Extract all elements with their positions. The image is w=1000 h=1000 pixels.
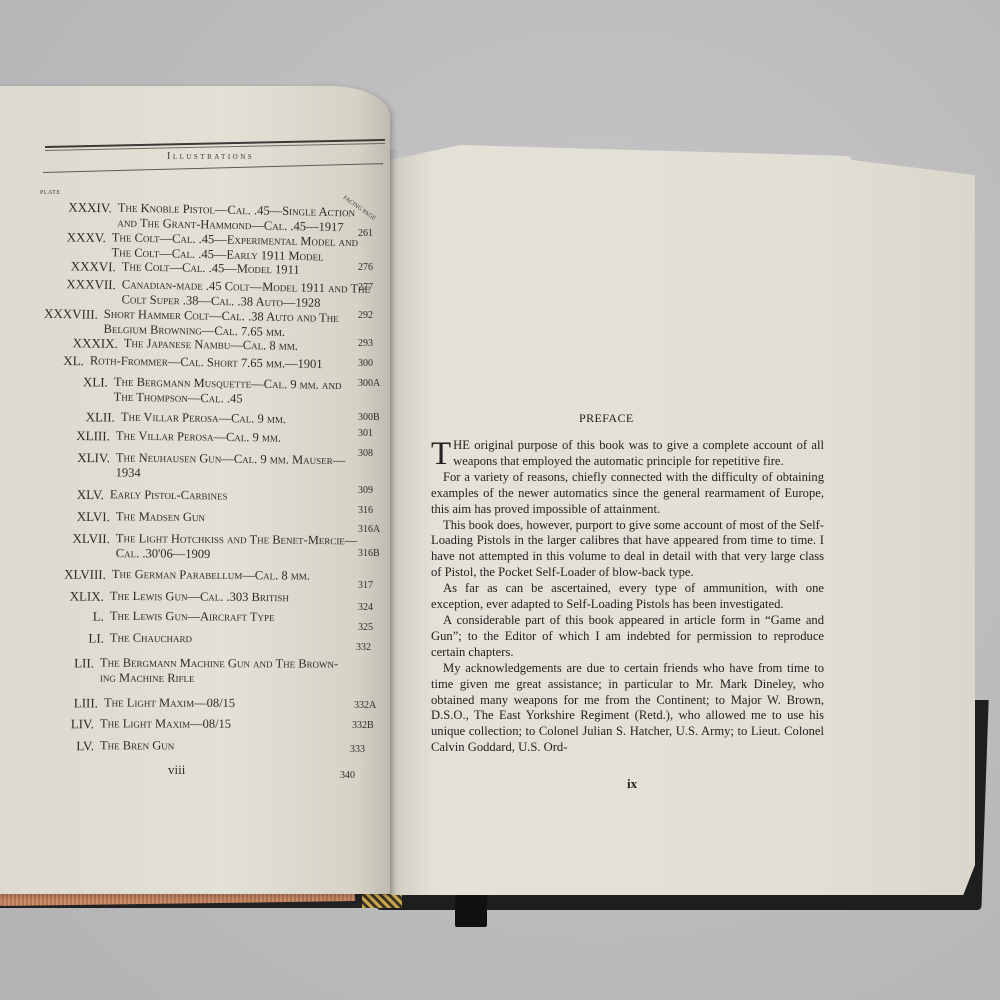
facing-page-number: 292 bbox=[358, 310, 373, 321]
facing-page-number: 324 bbox=[358, 602, 373, 613]
facing-page-number: 316 bbox=[358, 505, 373, 516]
illustration-entry: XLIX.The Lewis Gun—Cal. .303 British bbox=[0, 588, 380, 591]
preface-paragraph: As far as can be ascertained, every type… bbox=[431, 581, 824, 613]
facing-page-number: 308 bbox=[358, 448, 373, 459]
plate-title: The Villar Perosa—Cal. 9 mm. bbox=[121, 410, 286, 427]
facing-page-number: 317 bbox=[358, 580, 373, 591]
plate-title: Canadian-made .45 Colt—Model 1911 and Th… bbox=[121, 277, 370, 312]
plate-title: The Lewis Gun—Cal. .303 British bbox=[110, 589, 289, 605]
plate-title: The Bergmann Musquette—Cal. 9 mm. andThe… bbox=[114, 375, 342, 408]
facing-page-number: 261 bbox=[358, 228, 373, 239]
facing-page-number: 325 bbox=[358, 622, 373, 633]
illustration-entry: LIV.The Light Maxim—08/15 bbox=[0, 716, 380, 717]
plate-title: The Neuhausen Gun—Cal. 9 mm. Mauser—1934 bbox=[116, 450, 346, 483]
page-number-right: ix bbox=[627, 776, 637, 792]
illustration-entry: XLVIII.The German Parabellum—Cal. 8 mm. bbox=[0, 566, 380, 569]
page-number-left: viii bbox=[168, 762, 185, 778]
illustration-entry: LII.The Bergmann Machine Gun and The Bro… bbox=[0, 655, 380, 657]
bookmark-ribbon bbox=[455, 895, 487, 927]
plate-title: Early Pistol-Carbines bbox=[110, 487, 228, 503]
facing-page-number: 340 bbox=[340, 770, 355, 781]
facing-page-number: 316B bbox=[358, 548, 380, 559]
facing-page-number: 300A bbox=[358, 378, 380, 389]
facing-page-number: 277 bbox=[358, 282, 373, 293]
illustration-entry: XL.Roth-Frommer—Cal. Short 7.65 mm.—1901 bbox=[0, 352, 380, 358]
preface-paragraph: My acknowledgements are due to certain f… bbox=[431, 661, 824, 756]
facing-page-number: 300B bbox=[358, 412, 380, 423]
plate-title: The Chauchard bbox=[110, 631, 192, 647]
plate-title: The Villar Perosa—Cal. 9 mm. bbox=[116, 429, 281, 446]
plate-title: The Lewis Gun—Aircraft Type bbox=[110, 609, 275, 625]
preface-body: THE original purpose of this book was to… bbox=[431, 438, 824, 756]
illustration-entry: XLVI.The Madsen Gun bbox=[0, 508, 380, 512]
preface-paragraph: A considerable part of this book appeare… bbox=[431, 613, 824, 661]
illustration-entry: L.The Lewis Gun—Aircraft Type bbox=[0, 608, 380, 611]
illustration-entry: LIII.The Light Maxim—08/15 bbox=[0, 695, 380, 697]
illustration-entry: LV.The Bren Gun bbox=[0, 738, 380, 739]
preface-title: PREFACE bbox=[579, 411, 634, 426]
plate-title: The Light Maxim—08/15 bbox=[100, 716, 231, 731]
plate-title: The Light Hotchkiss and The Benet-Mercie… bbox=[116, 531, 358, 563]
illustration-entry: XXXIV.The Knoble Pistol—Cal. .45—Single … bbox=[0, 198, 380, 206]
preface-paragraph: THE original purpose of this book was to… bbox=[431, 438, 824, 470]
facing-page-number: 301 bbox=[358, 428, 373, 439]
illustration-entry: XLII.The Villar Perosa—Cal. 9 mm. bbox=[0, 408, 380, 413]
plate-title: The Bren Gun bbox=[100, 738, 174, 753]
plate-title: The Light Maxim—08/15 bbox=[104, 695, 235, 711]
facing-page-number: 332A bbox=[354, 700, 376, 711]
facing-page-number: 300 bbox=[358, 358, 373, 369]
preface-paragraph: For a variety of reasons, chiefly connec… bbox=[431, 470, 824, 518]
illustration-entry: XLV.Early Pistol-Carbines bbox=[0, 486, 380, 490]
illustration-entry: XLIV.The Neuhausen Gun—Cal. 9 mm. Mauser… bbox=[0, 449, 380, 454]
illustration-entry: XLVII.The Light Hotchkiss and The Benet-… bbox=[0, 530, 380, 534]
facing-page-number: 309 bbox=[358, 485, 373, 496]
facing-page-number: 332B bbox=[352, 720, 374, 731]
facing-page-number: 332 bbox=[356, 642, 371, 653]
illustrations-list: XXXIV.The Knoble Pistol—Cal. .45—Single … bbox=[0, 0, 400, 800]
plate-title: The Japanese Nambu—Cal. 8 mm. bbox=[124, 336, 298, 354]
plate-title: The German Parabellum—Cal. 8 mm. bbox=[112, 567, 310, 584]
plate-title: The Colt—Cal. .45—Model 1911 bbox=[122, 259, 300, 277]
facing-page-number: 333 bbox=[350, 744, 365, 755]
illustration-entry: XLI.The Bergmann Musquette—Cal. 9 mm. an… bbox=[0, 373, 380, 379]
drop-cap: T bbox=[431, 440, 451, 468]
illustration-entry: XLIII.The Villar Perosa—Cal. 9 mm. bbox=[0, 427, 380, 432]
plate-title: Roth-Frommer—Cal. Short 7.65 mm.—1901 bbox=[90, 353, 323, 372]
plate-title: The Madsen Gun bbox=[116, 509, 205, 525]
preface-paragraph: This book does, however, purport to give… bbox=[431, 518, 824, 582]
illustration-entry: LI.The Chauchard bbox=[0, 630, 380, 632]
facing-page-number: 276 bbox=[358, 262, 373, 273]
facing-page-number: 293 bbox=[358, 338, 373, 349]
plate-title: The Bergmann Machine Gun and The Brown-i… bbox=[100, 656, 338, 687]
illustration-entry: XXXVII.Canadian-made .45 Colt—Model 1911… bbox=[0, 275, 380, 282]
facing-page-number: 316A bbox=[358, 524, 380, 535]
